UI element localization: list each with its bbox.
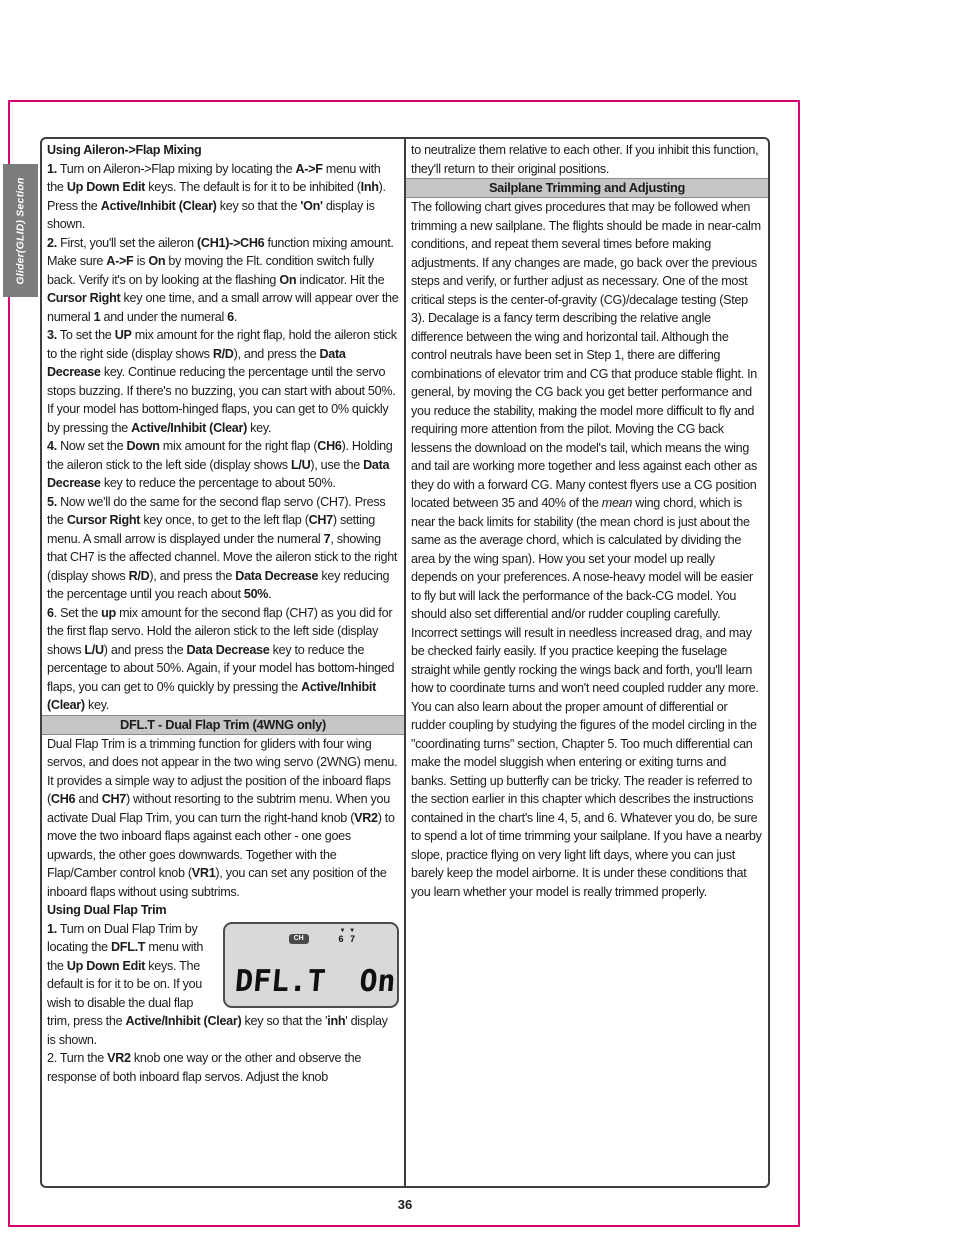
paragraph: 4. Now set the Down mix amount for the r…: [42, 437, 404, 493]
paragraph: 5. Now we'll do the same for the second …: [42, 493, 404, 604]
paragraph: 1. Turn on Aileron->Flap mixing by locat…: [42, 160, 404, 234]
section-header-bar: Sailplane Trimming and Adjusting: [406, 178, 768, 198]
lcd-ch-badge: CH: [289, 934, 309, 944]
section-heading: Using Aileron->Flap Mixing: [42, 141, 404, 160]
paragraph: 2. First, you'll set the aileron (CH1)->…: [42, 234, 404, 327]
left-column: Using Aileron->Flap Mixing1. Turn on Ail…: [42, 139, 406, 1186]
lcd-channel-indicator: ▼ ▼ 6 7: [339, 928, 358, 944]
lcd-display: CH ▼ ▼ 6 7 DFL.T On: [223, 922, 399, 1008]
lcd-channel-numbers: 6 7: [339, 935, 358, 944]
lcd-main-text: DFL.T On: [234, 966, 389, 998]
paragraph: to neutralize them relative to each othe…: [406, 141, 768, 178]
paragraph: Dual Flap Trim is a trimming function fo…: [42, 735, 404, 902]
page-number: 36: [40, 1197, 770, 1212]
right-column: to neutralize them relative to each othe…: [406, 139, 768, 1186]
sidebar-tab-glider-section: Glider(GLID) Section: [3, 164, 38, 297]
manual-text-box: Using Aileron->Flap Mixing1. Turn on Ail…: [40, 137, 770, 1188]
section-heading: Using Dual Flap Trim: [42, 901, 404, 920]
paragraph: The following chart gives procedures tha…: [406, 198, 768, 901]
paragraph: CH ▼ ▼ 6 7 DFL.T On 1. Turn on Dual Flap…: [42, 920, 404, 1050]
paragraph: 3. To set the UP mix amount for the righ…: [42, 326, 404, 437]
sidebar-tab-label: Glider(GLID) Section: [15, 177, 27, 284]
paragraph: 2. Turn the VR2 knob one way or the othe…: [42, 1049, 404, 1086]
section-header-bar: DFL.T - Dual Flap Trim (4WNG only): [42, 715, 404, 735]
paragraph: 6. Set the up mix amount for the second …: [42, 604, 404, 715]
